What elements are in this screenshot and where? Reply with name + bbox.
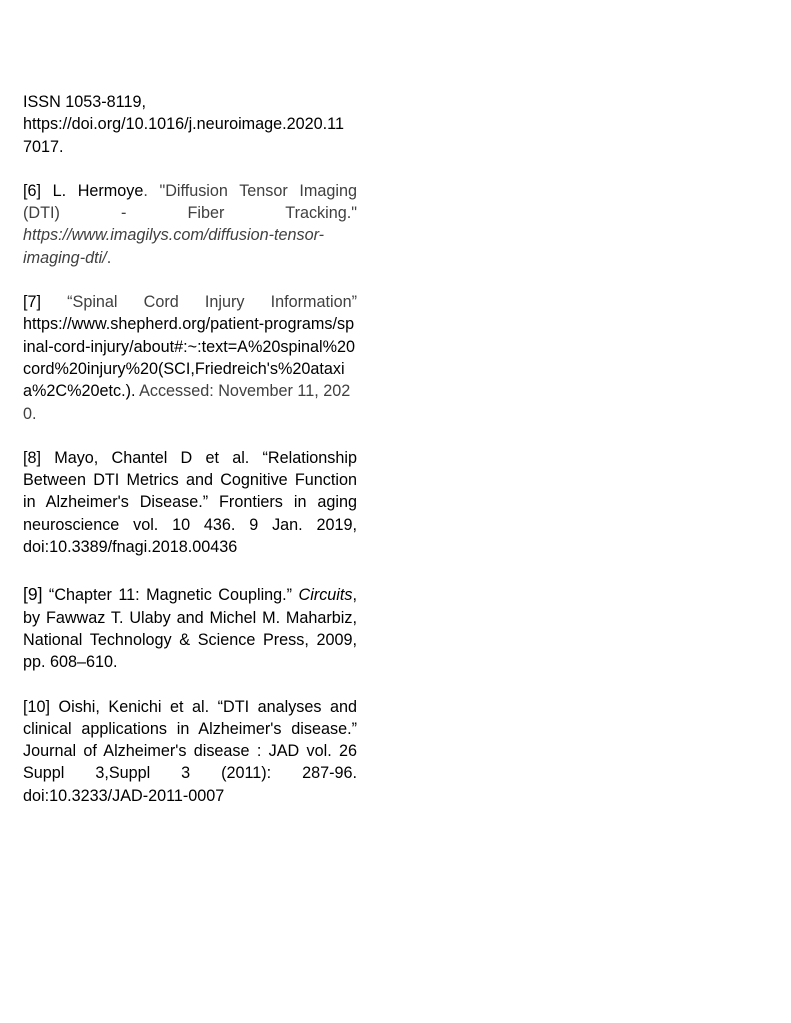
doi-link-end: 7017.: [23, 138, 64, 156]
reference-7: [7] “Spinal Cord Injury Information”http…: [23, 291, 357, 425]
reference-6: [6] L. Hermoye. "Diffusion Tensor Imagin…: [23, 180, 357, 269]
reference-number: [7]: [23, 293, 41, 311]
reference-8: [8] Mayo, Chantel D et al. “Relationship…: [23, 447, 357, 558]
reference-url-end: .: [107, 249, 112, 267]
reference-number: [8]: [23, 449, 41, 467]
doi-link[interactable]: https://doi.org/10.1016/j.neuroimage.202…: [23, 115, 344, 133]
reference-text: Mayo, Chantel D et al. “Relationship Bet…: [23, 449, 357, 556]
reference-heading: [7] “Spinal Cord Injury Information”: [23, 291, 357, 313]
reference-number: [10]: [23, 698, 50, 716]
reference-author: L. Hermoye: [41, 182, 143, 200]
reference-10: [10] Oishi, Kenichi et al. “DTI analyses…: [23, 696, 357, 807]
reference-number: [6]: [23, 182, 41, 200]
reference-title: “Spinal Cord Injury Information”: [41, 293, 357, 311]
reference-body: https://www.shepherd.org/patient-program…: [23, 313, 357, 424]
reference-book-title: Circuits: [299, 586, 353, 604]
reference-text: Oishi, Kenichi et al. “DTI analyses and …: [23, 698, 357, 805]
reference-url[interactable]: https://www.imagilys.com/diffusion-tenso…: [23, 226, 324, 266]
references-column: ISSN 1053-8119, https://doi.org/10.1016/…: [23, 91, 357, 807]
reference-9: [9] “Chapter 11: Magnetic Coupling.” Cir…: [23, 583, 357, 673]
reference-continuation: ISSN 1053-8119, https://doi.org/10.1016/…: [23, 91, 357, 158]
reference-number: [9]: [23, 584, 42, 604]
issn-text: ISSN 1053-8119,: [23, 93, 146, 111]
reference-text-before: “Chapter 11: Magnetic Coupling.”: [42, 586, 298, 604]
